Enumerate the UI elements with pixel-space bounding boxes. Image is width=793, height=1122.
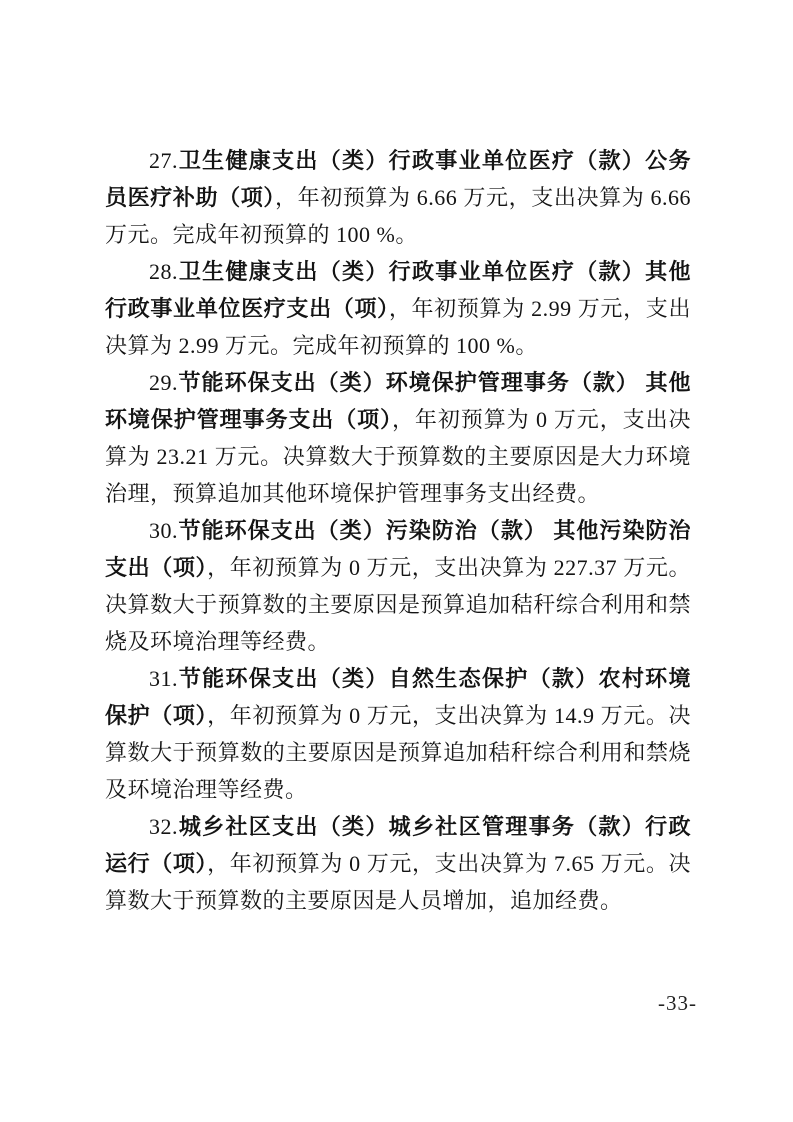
paragraph-29: 29.节能环保支出（类）环境保护管理事务（款） 其他环境保护管理事务支出（项），… bbox=[105, 364, 691, 512]
paragraph-32-number: 32. bbox=[149, 814, 178, 839]
paragraph-29-number: 29. bbox=[149, 370, 178, 395]
paragraph-28-number: 28. bbox=[149, 259, 178, 284]
paragraph-27-number: 27. bbox=[149, 148, 178, 173]
paragraph-27: 27.卫生健康支出（类）行政事业单位医疗（款）公务员医疗补助（项），年初预算为 … bbox=[105, 142, 691, 253]
paragraph-28: 28.卫生健康支出（类）行政事业单位医疗（款）其他行政事业单位医疗支出（项），年… bbox=[105, 253, 691, 364]
page-footer: -33- bbox=[105, 992, 697, 1014]
paragraph-30: 30.节能环保支出（类）污染防治（款） 其他污染防治支出（项），年初预算为 0 … bbox=[105, 512, 691, 660]
document-body-text: 27.卫生健康支出（类）行政事业单位医疗（款）公务员医疗补助（项），年初预算为 … bbox=[105, 142, 691, 919]
paragraph-31-number: 31. bbox=[149, 666, 178, 691]
paragraph-31: 31.节能环保支出（类）自然生态保护（款）农村环境保护（项），年初预算为 0 万… bbox=[105, 660, 691, 808]
paragraph-32: 32.城乡社区支出（类）城乡社区管理事务（款）行政运行（项），年初预算为 0 万… bbox=[105, 808, 691, 919]
page-number: -33- bbox=[658, 991, 697, 1015]
document-page: 27.卫生健康支出（类）行政事业单位医疗（款）公务员医疗补助（项），年初预算为 … bbox=[0, 0, 793, 1122]
paragraph-30-number: 30. bbox=[149, 518, 178, 543]
